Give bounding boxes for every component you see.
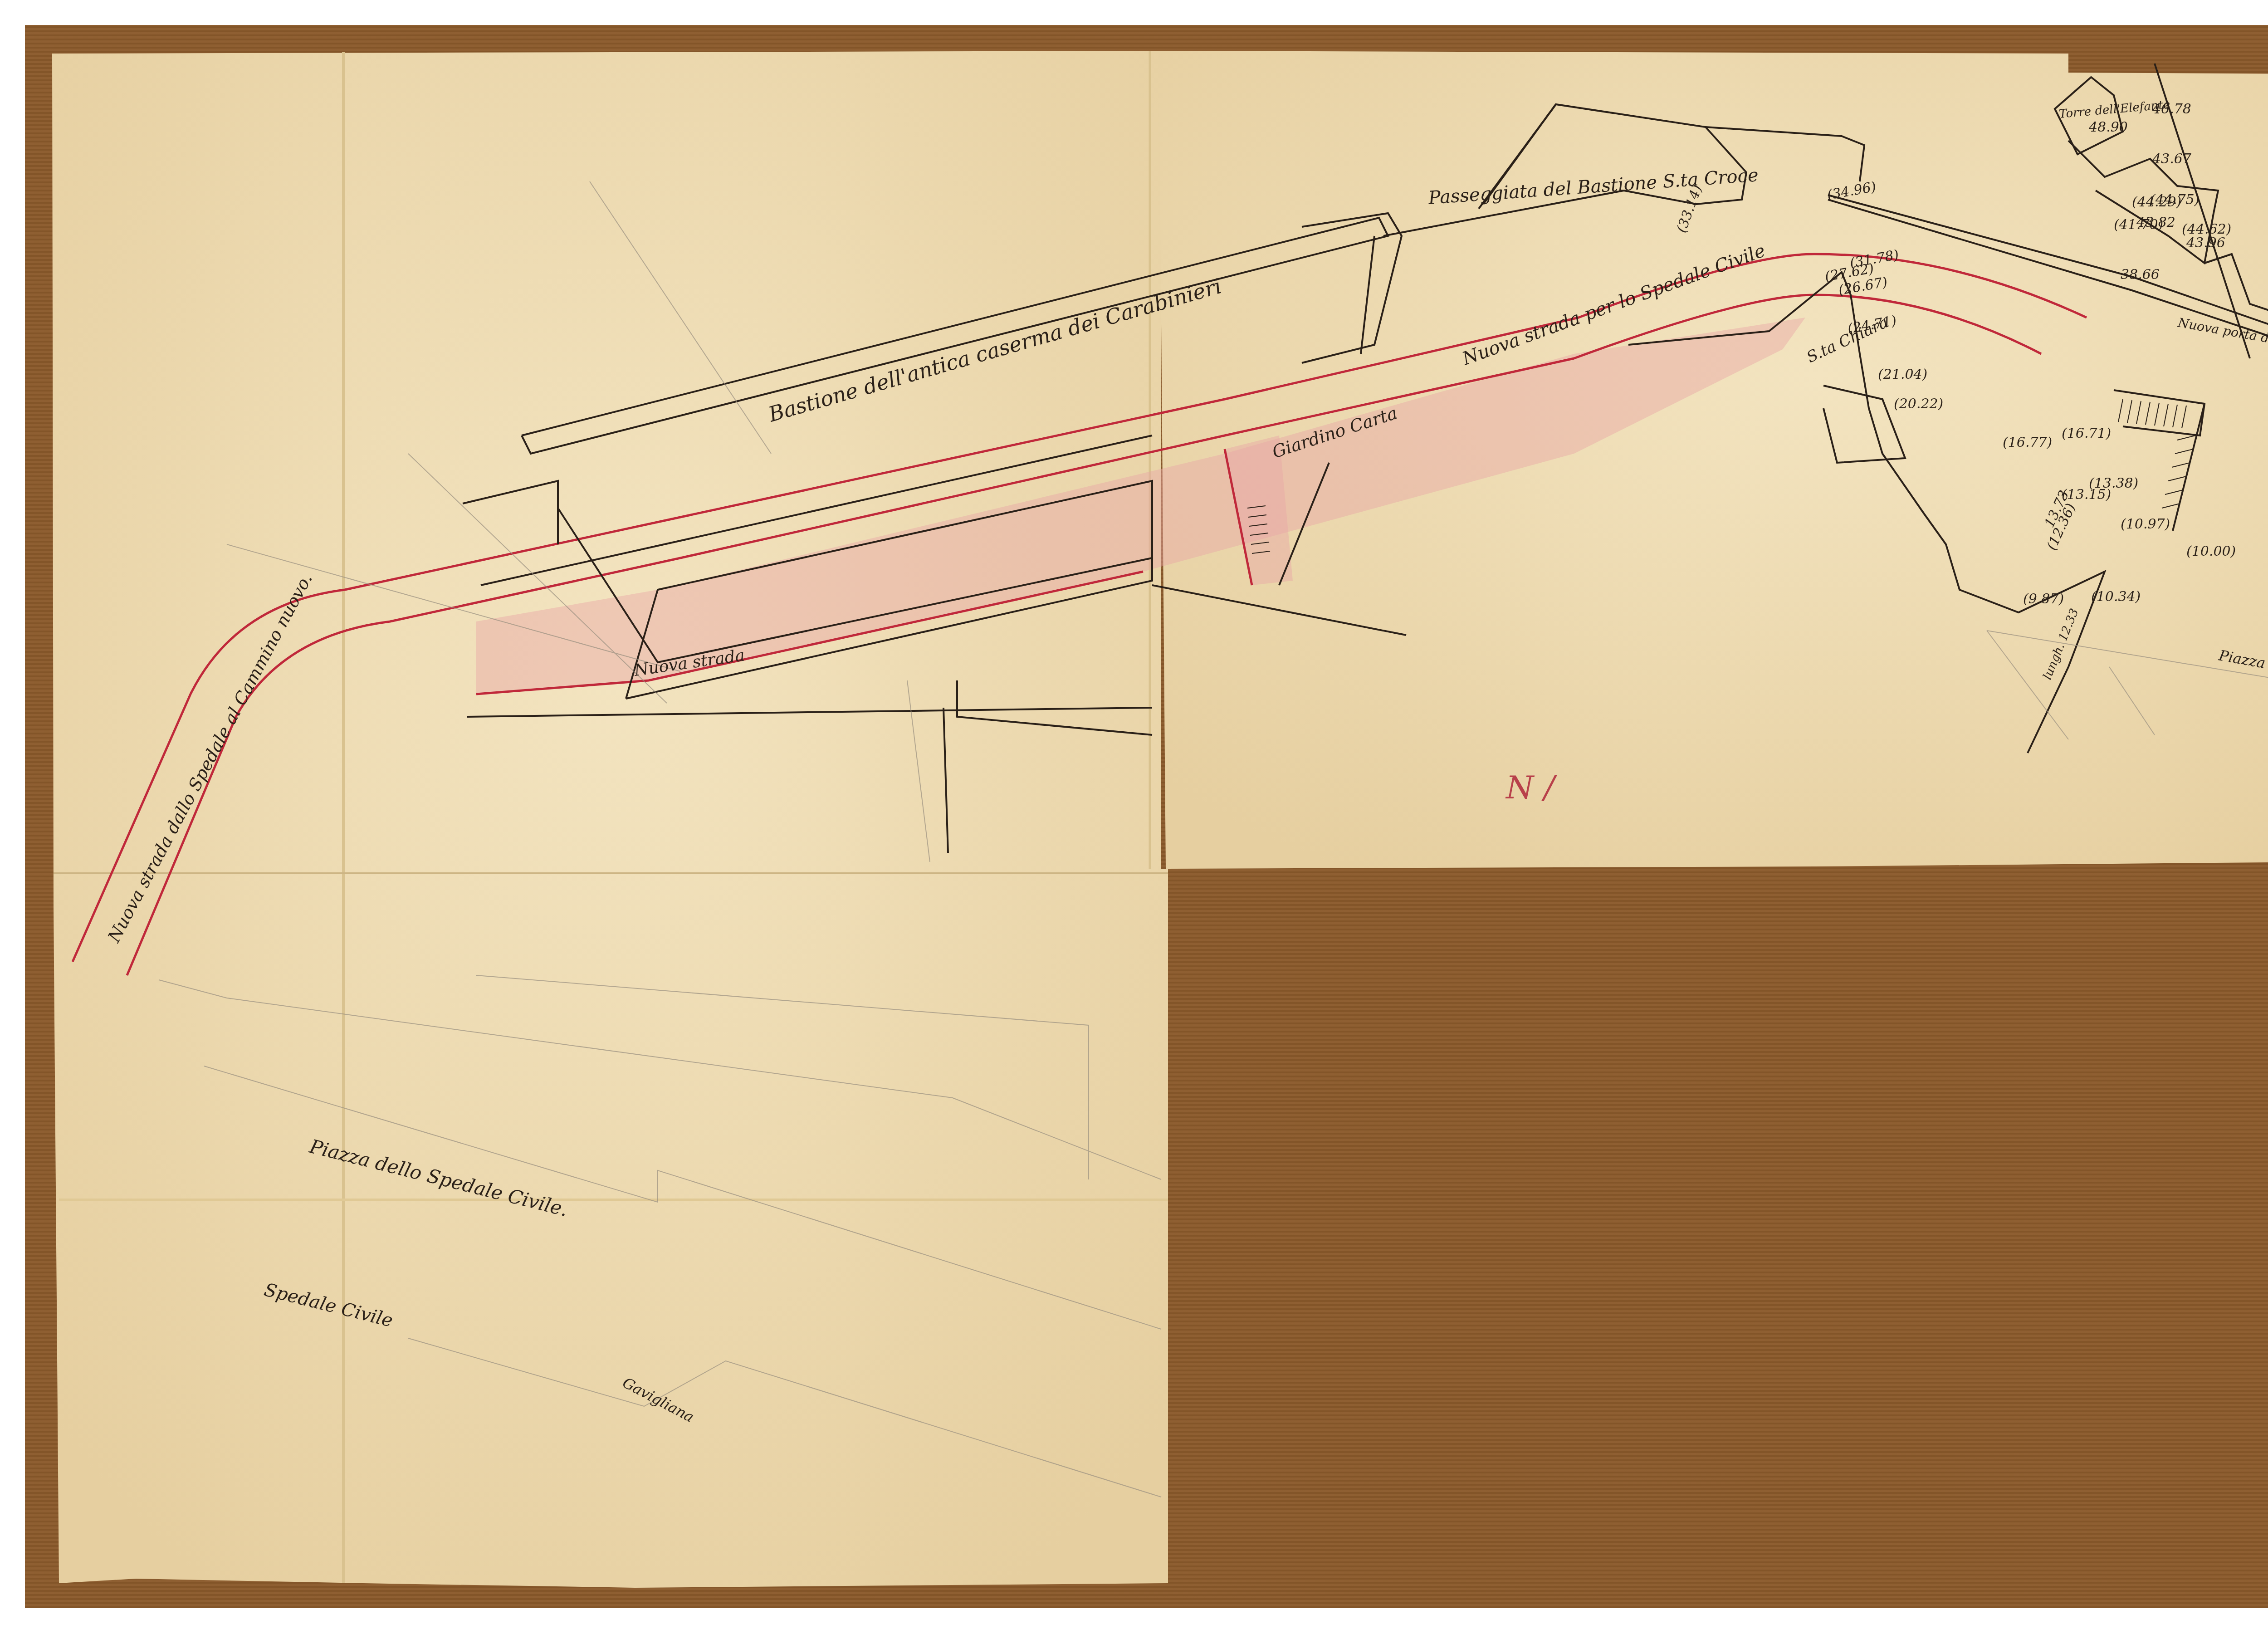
elevation: 43.96 <box>2186 235 2225 251</box>
elevation: 48.90 <box>2088 119 2128 135</box>
elevation: (16.71) <box>2062 426 2111 441</box>
elevation: (20.22) <box>1894 396 1943 412</box>
paper-upper-left <box>52 51 1168 1588</box>
elevation: (9.87) <box>2023 591 2064 607</box>
north-mark: N / <box>1505 769 1558 806</box>
elevation: 38.66 <box>2121 267 2160 283</box>
elevation: (10.00) <box>2186 543 2236 559</box>
elevation: 43.67 <box>2152 151 2192 167</box>
elevation: (10.34) <box>2091 589 2141 605</box>
elevation: 46.78 <box>2152 101 2191 117</box>
map-drawing: N / Bastione dell'antica caserma dei Car… <box>0 0 2268 1639</box>
elevation: (21.04) <box>1878 367 1927 382</box>
elevation: 43.82 <box>2136 215 2175 230</box>
elevation: (16.77) <box>2003 435 2052 450</box>
map-scan: N / Bastione dell'antica caserma dei Car… <box>0 0 2268 1639</box>
elevation: (10.97) <box>2121 516 2170 532</box>
elevation: (44.75) <box>2150 192 2200 208</box>
paper-sheet <box>52 51 2268 1588</box>
